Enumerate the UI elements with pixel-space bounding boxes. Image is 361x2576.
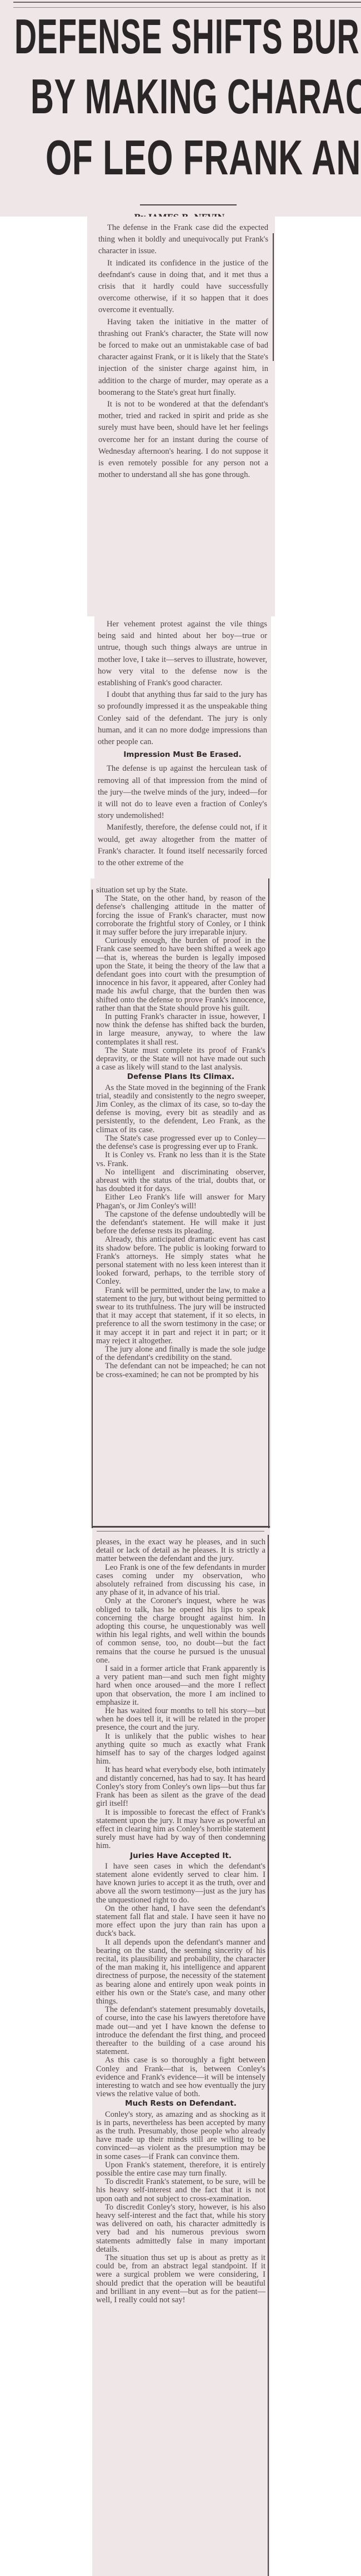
subheading: Defense Plans Its Climax. [96, 1073, 265, 1081]
paragraph: It is Conley vs. Frank no less than it i… [96, 1151, 265, 1168]
paragraph: Leo Frank is one of the few defendants i… [96, 1564, 265, 1598]
paragraph: Frank will be permitted, under the law, … [96, 1287, 265, 1345]
paragraph: The capstone of the defense undoubtedly … [96, 1211, 265, 1236]
top-rule-secondary [13, 7, 361, 8]
paragraph: The State must complete its proof of Fra… [96, 1047, 265, 1072]
column-rule-right [268, 878, 269, 1528]
paragraph: The defendant can not be impeached; he c… [96, 1362, 265, 1379]
article-header: DEFENSE SHIFTS BURDEN BY MAKING CHARACTE… [0, 0, 361, 217]
paragraph: Conley's story, as amazing and as shocki… [96, 2111, 265, 2161]
paragraph: It all depends upon the defendant's mann… [96, 1939, 265, 2006]
column-segment-4: pleases, in the exact way he pleases, an… [92, 1528, 270, 2576]
paragraph: Curiously enough, the burden of proof in… [96, 937, 265, 1013]
column-rule [273, 233, 274, 361]
paragraph: The State, on the other hand, by reason … [96, 895, 265, 937]
paragraph: No intelligent and discriminating observ… [96, 1168, 265, 1194]
paragraph: I said in a former article that Frank ap… [96, 1665, 265, 1707]
article-body-4: pleases, in the exact way he pleases, an… [96, 1538, 265, 2304]
paragraph: The defense is up against the herculean … [98, 763, 267, 822]
paragraph: As this case is so thoroughly a fight be… [96, 2056, 265, 2098]
paragraph: The State's case progressed ever up to C… [96, 1134, 265, 1151]
paragraph: Only at the Coroner's inquest, where he … [96, 1597, 265, 1665]
section-divider-thick [92, 1526, 270, 1528]
paragraph: To discredit Conley's story, however, is… [96, 2203, 265, 2254]
article-body-1: The defense in the Frank case did the ex… [98, 222, 268, 481]
headline-line-2: BY MAKING CHARACTER [31, 72, 361, 121]
paragraph: Already, this anticipated dramatic event… [96, 1236, 265, 1286]
paragraph: The defendant's statement presumably dov… [96, 2006, 265, 2056]
paragraph: It has heard what everybody else, both i… [96, 1766, 265, 1808]
paragraph: The defense in the Frank case did the ex… [98, 222, 268, 258]
paragraph: He has waited four months to tell his st… [96, 1707, 265, 1733]
column-segment-1: The defense in the Frank case did the ex… [87, 217, 275, 616]
paragraph: It is impossible to forecast the effect … [96, 1809, 265, 1851]
column-rule-left [92, 890, 93, 1528]
paragraph: As the State moved in the beginning of t… [96, 1084, 265, 1134]
paragraph: On the other hand, I have seen the defen… [96, 1905, 265, 1939]
section-divider-thin [97, 1531, 264, 1531]
paragraph: It is unlikely that the public wishes to… [96, 1733, 265, 1766]
subheading: Juries Have Accepted It. [96, 1852, 265, 1860]
paragraph: To discredit Frank's statement, to be su… [96, 2178, 265, 2203]
subheading: Much Rests on Defendant. [96, 2100, 265, 2108]
article-body-3: situation set up by the State.The State,… [96, 886, 265, 1379]
column-segment-3: situation set up by the State.The State,… [91, 878, 271, 1528]
column-rule-right [268, 1535, 269, 2576]
paragraph: It is not to be wondered at that the def… [98, 399, 268, 481]
subheading: Impression Must Be Erased. [98, 749, 267, 761]
paragraph: I doubt that anything thus far said to t… [98, 689, 267, 748]
paragraph: Her vehement protest against the vile th… [98, 619, 267, 689]
column-segment-2: Her vehement protest against the vile th… [94, 616, 271, 878]
article-body-2: Her vehement protest against the vile th… [98, 619, 267, 869]
paragraph: It indicated its confidence in the justi… [98, 258, 268, 317]
paragraph: pleases, in the exact way he pleases, an… [96, 1538, 265, 1564]
top-rule [13, 2, 361, 3]
paragraph: The jury alone and finally is made the s… [96, 1345, 265, 1362]
paragraph: In putting Frank's character in issue, h… [96, 1013, 265, 1047]
headline-divider [140, 204, 237, 205]
headline-line-3: OF LEO FRANK AN ISSUE [46, 133, 361, 182]
paragraph: Upon Frank's statement, therefore, it is… [96, 2161, 265, 2178]
paragraph: Either Leo Frank's life will answer for … [96, 1193, 265, 1210]
paragraph: The situation thus set up is about as pr… [96, 2254, 265, 2304]
paragraph: situation set up by the State. [96, 886, 265, 895]
paragraph: Manifestly, therefore, the defense could… [98, 822, 267, 869]
paragraph: I have seen cases in which the defendant… [96, 1862, 265, 1905]
paragraph: Having taken the initiative in the matte… [98, 317, 268, 399]
headline-line-1: DEFENSE SHIFTS BURDEN [14, 12, 361, 61]
